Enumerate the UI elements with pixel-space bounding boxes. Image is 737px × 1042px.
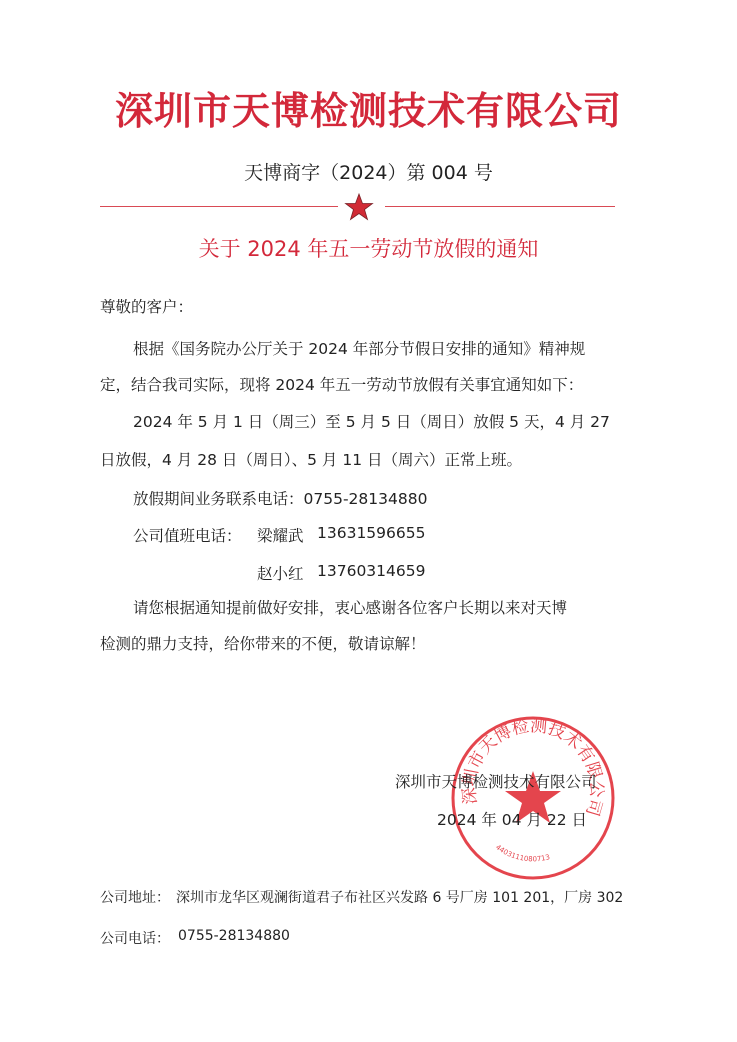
company-header: 深圳市天博检测技术有限公司 <box>0 80 737 135</box>
duty-contact-phone: 13631596655 <box>317 524 425 542</box>
document-number: 天博商字（2024）第 004 号 <box>0 158 737 185</box>
duty-contact-name: 赵小红 <box>257 562 304 584</box>
paragraph-line: 2024 年 5 月 1 日（周三）至 5 月 5 日（周日）放假 5 天，4 … <box>133 410 610 432</box>
red-star-icon <box>344 193 374 221</box>
signature-company: 深圳市天博检测技术有限公司 <box>395 770 597 792</box>
notice-title: 关于 2024 年五一劳动节放假的通知 <box>0 233 737 263</box>
business-phone-line: 放假期间业务联系电话：0755-28134880 <box>133 487 427 509</box>
duty-phone-label: 公司值班电话： <box>133 524 242 546</box>
signature-date: 2024 年 04 月 22 日 <box>437 808 587 830</box>
company-seal-stamp: 深圳市天博检测技术有限公司 4403111080713 <box>448 713 618 883</box>
closing-line: 检测的鼎力支持，给你带来的不便，敬请谅解！ <box>100 632 426 654</box>
duty-contact-phone: 13760314659 <box>317 562 425 580</box>
footer-phone: 0755-28134880 <box>178 928 290 944</box>
duty-contact-name: 梁耀武 <box>257 524 304 546</box>
footer-address: 深圳市龙华区观澜街道君子布社区兴发路 6 号厂房 101 201，厂房 302 <box>176 887 623 907</box>
svg-text:4403111080713: 4403111080713 <box>494 843 551 863</box>
footer-address-label: 公司地址： <box>100 887 170 907</box>
closing-line: 请您根据通知提前做好安排，衷心感谢各位客户长期以来对天博 <box>133 596 567 618</box>
paragraph-line: 定，结合我司实际，现将 2024 年五一劳动节放假有关事宜通知如下： <box>100 373 583 395</box>
salutation: 尊敬的客户： <box>100 295 193 317</box>
paragraph-line: 日放假，4 月 28 日（周日）、5 月 11 日（周六）正常上班。 <box>100 448 522 470</box>
footer-phone-label: 公司电话： <box>100 928 170 948</box>
divider-line-right <box>385 206 615 207</box>
paragraph-line: 根据《国务院办公厅关于 2024 年部分节假日安排的通知》精神规 <box>133 337 585 359</box>
divider-line-left <box>100 206 338 207</box>
